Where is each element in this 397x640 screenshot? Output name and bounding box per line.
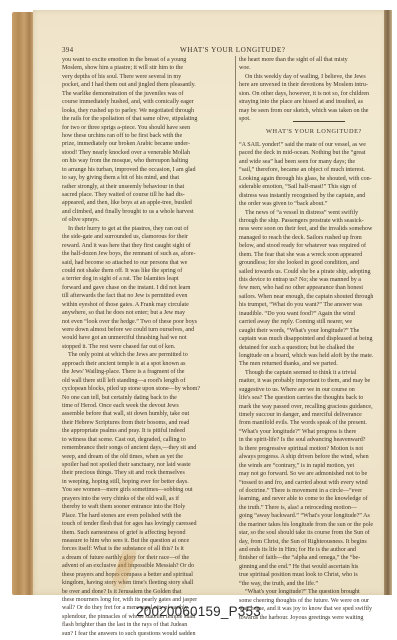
text-line: appeared, and then, like boys at an appl… <box>62 199 231 207</box>
text-line: the heart more than the sight of all tha… <box>239 56 389 64</box>
text-line: time of Herod. Once each week the devout… <box>62 402 231 410</box>
text-line: were down almost before we could turn ou… <box>62 326 231 334</box>
text-line: forces itself: What is the substance of … <box>62 545 231 553</box>
text-line: paced the deck in mid-ocean. Nothing but… <box>239 149 389 157</box>
section-title: WHAT'S YOUR LONGITUDE? <box>266 128 362 135</box>
text-line: them. Such earnestness of grief is affec… <box>62 529 231 537</box>
text-line: the appropriate psalms and pray. It is p… <box>62 427 231 435</box>
text-line: very depths of his soul. There were seve… <box>62 73 231 81</box>
text-line: sion. On other days, however, it is not … <box>239 90 389 98</box>
text-line: in weeping, hoping still, hoping ever fo… <box>62 478 231 486</box>
text-line: spot. <box>239 115 389 123</box>
text-line: old wall there still left standing—a roo… <box>62 377 231 385</box>
text-line: could not shake them off. It was like th… <box>62 267 231 275</box>
text-line: mark the way passed over, recalling grac… <box>239 403 389 411</box>
right-column-text-top: the heart more than the sight of all tha… <box>239 56 389 124</box>
text-line: to witness that scene. Cast out, degrade… <box>62 436 231 444</box>
text-line: No one can tell, but certainly dating ba… <box>62 394 231 402</box>
page-edges <box>12 12 34 595</box>
text-line: approach their ancient temple is at a sp… <box>62 360 231 368</box>
text-line: weep, and dream of the old times, when a… <box>62 453 231 461</box>
column-divider <box>235 56 236 561</box>
text-line: matter, it was probably important to the… <box>239 377 389 385</box>
text-line: “What's your longitude?” What progress i… <box>239 428 389 436</box>
text-line: to say, by giving them a bit of his mind… <box>62 174 231 182</box>
text-line: a dream of future earthly glory for thei… <box>62 554 231 562</box>
text-line: stopped it. The rest were chased far out… <box>62 343 231 351</box>
text-line: touch of tender flesh that for ages has … <box>62 520 231 528</box>
text-line: going “away backward.” “What's your long… <box>239 512 389 520</box>
text-line: true spiritual position must look to Chr… <box>239 571 389 579</box>
text-line: “tossed to and fro, and carried about wi… <box>239 479 389 487</box>
text-line: their precious things. They sit and rock… <box>62 469 231 477</box>
text-line: to arrange his turban, improved the occa… <box>62 166 231 174</box>
text-line: till afterwards the fact that no Jew is … <box>62 292 231 300</box>
text-line: you want to excite emotion in the breast… <box>62 56 231 64</box>
text-line: few men, who had no other appearance tha… <box>239 284 389 292</box>
text-line: from manifold evils. The words speak of … <box>239 419 389 427</box>
text-line: Though the captain seemed to think it a … <box>239 369 389 377</box>
text-line: these prayers and hopes compass a better… <box>62 571 231 579</box>
text-line: and climbed, and finally brought to us a… <box>62 208 231 216</box>
text-line: stood! They nearly knocked over a venera… <box>62 149 231 157</box>
text-line: learning, and never able to come to the … <box>239 495 389 503</box>
page-number: 394 <box>62 46 73 54</box>
text-line: siderable emotion, “Sail half-mast!” Thi… <box>239 183 389 191</box>
text-line: them. The fear that she was a wreck soon… <box>239 251 389 259</box>
text-line: longitude on a board, which was held alo… <box>239 352 389 360</box>
text-line: here are unvexed in their devotions by M… <box>239 81 389 89</box>
text-line: below, and stood ready for whatever was … <box>239 242 389 250</box>
text-line: the order was given to “back about.” <box>239 200 389 208</box>
text-line: Is there progressive spiritual motion? M… <box>239 445 389 453</box>
text-line: through the ship. Passengers prostrate w… <box>239 217 389 225</box>
text-line: said, had become so attached to our pers… <box>62 259 231 267</box>
text-line: of olive sprays. <box>62 216 231 224</box>
text-line: The news of “a vessel in distress” went … <box>239 209 389 217</box>
text-line: their Hebrew Scriptures from their bosom… <box>62 419 231 427</box>
text-line: not even “look over the hedge.” Two of t… <box>62 318 231 326</box>
text-line: the half-dozen Jew boys, the remnant of … <box>62 250 231 258</box>
text-line: kingdom, having story when time's fleeti… <box>62 579 231 587</box>
text-line: caught their words, “What's your longitu… <box>239 327 389 335</box>
text-line: “the way, the truth, and the life.” <box>239 580 389 588</box>
right-column-text-bottom: “A SAIL yonder!” said the mate of our ve… <box>239 141 389 622</box>
text-line: reward. And it was here that they first … <box>62 242 231 250</box>
text-line: woe. <box>239 64 389 72</box>
text-line: sacred place. They waited of course till… <box>62 191 231 199</box>
text-line: groundless; for she looked in good condi… <box>239 259 389 267</box>
text-line: The warlike demonstration of the juvenil… <box>62 90 231 98</box>
image-caption: 20020060159_P353 <box>0 604 397 619</box>
text-line: this device to entrap us? No; she was ma… <box>239 276 389 284</box>
text-line: always progress. A ship driven before th… <box>239 453 389 461</box>
text-line: the Jews' Wailing-place. There is a frag… <box>62 368 231 376</box>
text-line: ness were soon on their feet, and the in… <box>239 225 389 233</box>
text-line: remembrance their songs of ancient days,… <box>62 444 231 452</box>
text-line: “What's your longitude?” The question br… <box>239 588 389 596</box>
text-line: in the spirit-life? Is the soul advancin… <box>239 436 389 444</box>
text-line: In their hurry to get at the piastres, t… <box>62 225 231 233</box>
text-line: the side-gate and surrounded us, clamoro… <box>62 233 231 241</box>
text-line: finisher of faith—the “alpha and omega,”… <box>239 554 389 562</box>
text-line: and ends its life in Him; for He is the … <box>239 546 389 554</box>
text-line: a terrier dog in sight of a rat. The Isl… <box>62 275 231 283</box>
text-line: The men returned thanks, and we parted. <box>239 360 389 368</box>
text-line: On this weekly day of wailing, I believe… <box>239 73 389 81</box>
text-line: “A SAIL yonder!” said the mate of our ve… <box>239 141 389 149</box>
text-line: assemble before that wall, sit down humb… <box>62 410 231 418</box>
running-head: 394 WHAT'S YOUR LONGITUDE? <box>62 46 362 56</box>
text-line: life's sea? The question carries the tho… <box>239 394 389 402</box>
text-line: and wide sea” had been seen for many day… <box>239 158 389 166</box>
text-line: Moslem, show him a piastre; it will stir… <box>62 64 231 72</box>
text-line: prize, immediately our broken Arabic bec… <box>62 140 231 148</box>
text-line: sun? I fear the answers to such question… <box>62 630 231 638</box>
text-line: Looking again through his glass, he shou… <box>239 175 389 183</box>
text-line: prayers into the very chinks of the old … <box>62 495 231 503</box>
left-column-text: you want to excite emotion in the breast… <box>62 56 231 638</box>
text-line: “sail,” therefore, became an object of m… <box>239 166 389 174</box>
text-line: thereby to waft them sooner entrance int… <box>62 503 231 511</box>
text-line: looks, they rushed up to parley. We nego… <box>62 107 231 115</box>
text-line: anywhere, so that he does not enter; but… <box>62 309 231 317</box>
text-line: sailors. When near enough, the captain s… <box>239 293 389 301</box>
text-line: captain was much disappointed and disple… <box>239 335 389 343</box>
text-line: the winds are “contrary,” is in rapid mo… <box>239 462 389 470</box>
text-line: timely succour in danger, and merciful d… <box>239 411 389 419</box>
text-line: day, from Christ, the Sun of Righteousne… <box>239 538 389 546</box>
text-line: spoiler had not spoiled their sanctuary,… <box>62 461 231 469</box>
text-line: may not go forward. So we are admonished… <box>239 470 389 478</box>
text-line: ginning and the end.” He that would asce… <box>239 563 389 571</box>
text-line: measure to him who sees it. But the ques… <box>62 537 231 545</box>
text-line: sailed towards us. Could she be a pirate… <box>239 268 389 276</box>
text-line: pocket, and I had them out and jingled t… <box>62 81 231 89</box>
text-line: carried away the reply. Coming still nea… <box>239 318 389 326</box>
text-line: You see women—mere girls sometimes—sobbi… <box>62 486 231 494</box>
text-line: inaudible. “Do you want food?” Again the… <box>239 310 389 318</box>
text-line: cyclopean blocks, piled up stone upon st… <box>62 385 231 393</box>
text-line: Place. The hard stones are even polished… <box>62 512 231 520</box>
text-line: may be seen from our sketch, which was t… <box>239 107 389 115</box>
text-line: managed to reach the deck. Sailors rushe… <box>239 234 389 242</box>
text-line: be over and done? Is it Jerusalem the Go… <box>62 588 231 596</box>
text-line: rather strongly, at their unseemly behav… <box>62 183 231 191</box>
text-line: the truth.” There is, alas! a retrocedin… <box>239 504 389 512</box>
text-line: course immediately hushed, and, with com… <box>62 98 231 106</box>
text-line: the mariner takes his longitude from the… <box>239 521 389 529</box>
text-line: how these urchins ran off to be first ba… <box>62 132 231 140</box>
text-line: distress was instantly recognised by the… <box>239 192 389 200</box>
text-line: of doctrine.” There is movement in a cir… <box>239 487 389 495</box>
text-line: forward and gave chase on the instant. I… <box>62 284 231 292</box>
text-line: The only point at which the Jews are per… <box>62 351 231 359</box>
text-line: the rails for the spoliation of that sam… <box>62 115 231 123</box>
text-line: on his way from the mosque, who thereupo… <box>62 157 231 165</box>
text-line: detained for such a question; but he cha… <box>239 344 389 352</box>
text-line: suggestive to us. Where are we in our co… <box>239 386 389 394</box>
text-line: straying into the place are hissed at an… <box>239 98 389 106</box>
text-line: flash brighter than the last in the rays… <box>62 621 231 629</box>
text-line: star, so the soul should take its course… <box>239 529 389 537</box>
text-line: within eyeshot of those gates. A Frank m… <box>62 301 231 309</box>
text-line: would have got an unmerciful thrashing h… <box>62 334 231 342</box>
text-line: his trumpet, “What do you want?” The ans… <box>239 301 389 309</box>
text-line: for two or three sprigs a-piece. You sho… <box>62 124 231 132</box>
running-head-title: WHAT'S YOUR LONGITUDE? <box>180 46 285 54</box>
section-divider-rule <box>293 121 345 122</box>
text-line: advent of an exclusive and impossible Me… <box>62 562 231 570</box>
